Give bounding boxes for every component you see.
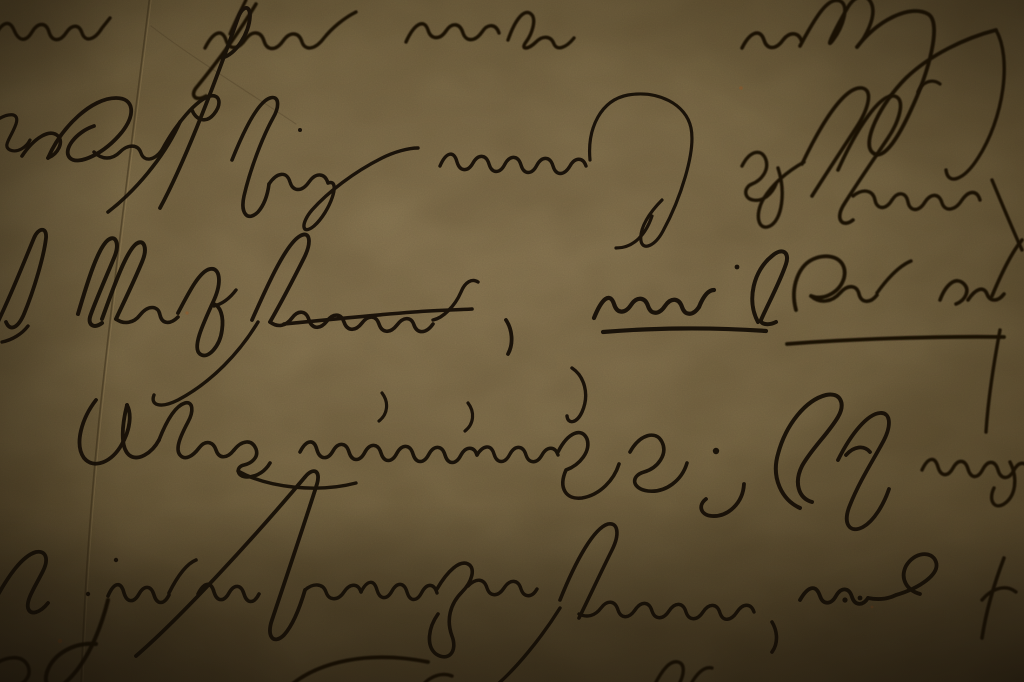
period-after-ueberzeugung	[713, 448, 719, 454]
handwriting-ink-layer	[0, 0, 1024, 682]
manuscript-photo: … aber den Welt… … sich … einem geschrie…	[0, 0, 1024, 682]
